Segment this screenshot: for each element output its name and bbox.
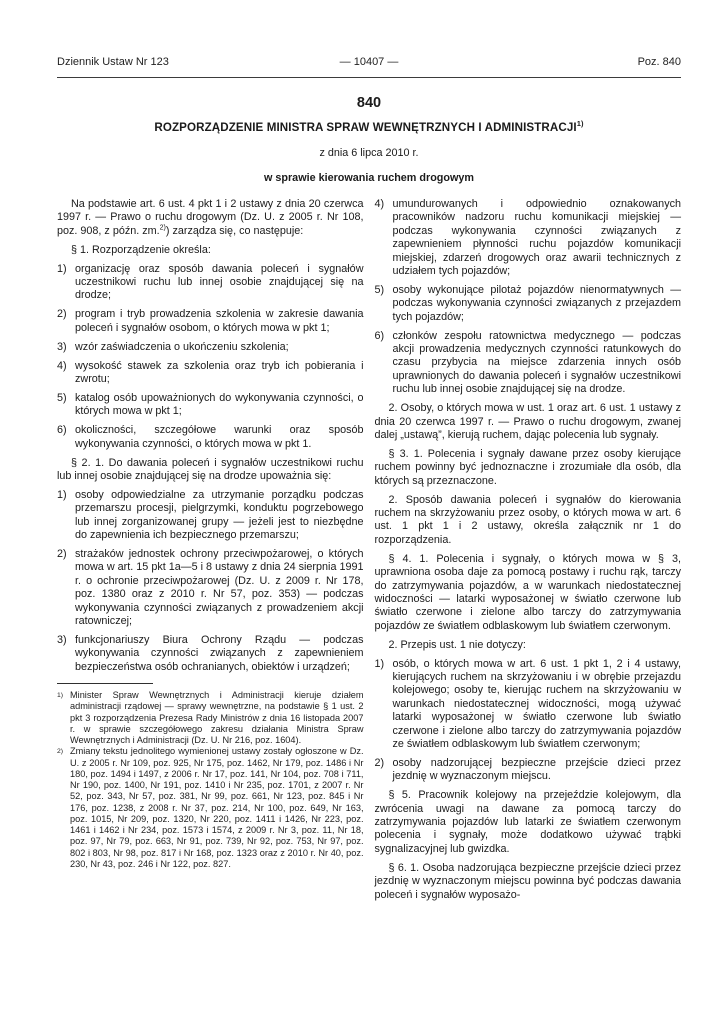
paragraph: 2. Przepis ust. 1 nie dotyczy: xyxy=(375,639,682,652)
act-title-text: ROZPORZĄDZENIE MINISTRA SPRAW WEWNĘTRZNY… xyxy=(154,121,576,134)
paragraph: 2. Osoby, o których mowa w ust. 1 oraz a… xyxy=(375,402,682,442)
paragraph: § 5. Pracownik kolejowy na przejeździe k… xyxy=(375,789,682,856)
act-number: 840 xyxy=(57,95,681,111)
list-item-text: wzór zaświadczenia o ukończeniu szkoleni… xyxy=(75,341,289,353)
footnote-list: 1)Minister Spraw Wewnętrznych i Administ… xyxy=(57,690,364,870)
list-item-text: osoby odpowiedzialne za utrzymanie porzą… xyxy=(75,489,364,541)
journal-number: Dziennik Ustaw Nr 123 xyxy=(57,56,340,68)
paragraph: § 4. 1. Polecenia i sygnały, o których m… xyxy=(375,553,682,633)
act-title: ROZPORZĄDZENIE MINISTRA SPRAW WEWNĘTRZNY… xyxy=(57,121,681,134)
list-item-text: strażaków jednostek ochrony przeciwpożar… xyxy=(75,548,364,627)
list-item-number: 2) xyxy=(57,308,67,321)
list-item-number: 6) xyxy=(57,424,67,437)
column-right-text: 4)umundurowanych i odpowiednio oznakowan… xyxy=(375,198,682,902)
page-header: Dziennik Ustaw Nr 123 — 10407 — Poz. 840 xyxy=(57,56,681,68)
list-item-number: 4) xyxy=(57,360,67,373)
list-item-number: 4) xyxy=(375,198,385,211)
list-item: 3)funkcjonariuszy Biura Ochrony Rządu — … xyxy=(57,634,364,674)
list-item-text: osoby wykonujące pilotaż pojazdów nienor… xyxy=(393,284,682,323)
list-item-number: 3) xyxy=(57,634,67,647)
column-left-text: Na podstawie art. 6 ust. 4 pkt 1 i 2 ust… xyxy=(57,198,364,674)
list-item: 6)członków zespołu ratownictwa medyczneg… xyxy=(375,330,682,397)
paragraph: Na podstawie art. 6 ust. 4 pkt 1 i 2 ust… xyxy=(57,198,364,238)
list-item: 1)osób, o których mowa w art. 6 ust. 1 p… xyxy=(375,658,682,752)
list-item-text: umundurowanych i odpowiednio oznakowanyc… xyxy=(393,198,682,277)
footnote-ref: 2) xyxy=(160,224,166,231)
paragraph: 2. Sposób dawania poleceń i sygnałów do … xyxy=(375,494,682,548)
footnote-text: Minister Spraw Wewnętrznych i Administra… xyxy=(70,690,364,745)
act-title-footnote-ref: 1) xyxy=(577,119,584,128)
page-number: — 10407 — xyxy=(340,56,399,68)
list-item-number: 2) xyxy=(375,757,385,770)
act-subject: w sprawie kierowania ruchem drogowym xyxy=(57,172,681,184)
list-item: 2)program i tryb prowadzenia szkolenia w… xyxy=(57,308,364,335)
list-item-number: 2) xyxy=(57,548,67,561)
footnote-text: Zmiany tekstu jednolitego wymienionej us… xyxy=(70,746,364,869)
column-left: Na podstawie art. 6 ust. 4 pkt 1 i 2 ust… xyxy=(57,198,364,902)
list-item-text: katalog osób upoważnionych do wykonywani… xyxy=(75,392,364,417)
paragraph: § 1. Rozporządzenie określa: xyxy=(57,244,364,257)
document-page: Dziennik Ustaw Nr 123 — 10407 — Poz. 840… xyxy=(0,0,725,1024)
list-item: 1)organizację oraz sposób dawania polece… xyxy=(57,263,364,303)
list-item-number: 1) xyxy=(57,489,67,502)
footnotes-section: 1)Minister Spraw Wewnętrznych i Administ… xyxy=(57,683,364,870)
act-heading: 840 ROZPORZĄDZENIE MINISTRA SPRAW WEWNĘT… xyxy=(57,95,681,184)
act-date: z dnia 6 lipca 2010 r. xyxy=(57,147,681,159)
list-item-number: 5) xyxy=(57,392,67,405)
list-item-text: organizację oraz sposób dawania poleceń … xyxy=(75,263,364,302)
list-item-number: 1) xyxy=(375,658,385,671)
list-item-number: 1) xyxy=(57,263,67,276)
list-item-text: okoliczności, szczegółowe warunki oraz s… xyxy=(75,424,364,449)
list-item: 3)wzór zaświadczenia o ukończeniu szkole… xyxy=(57,341,364,354)
paragraph: § 6. 1. Osoba nadzorująca bezpieczne prz… xyxy=(375,862,682,902)
list-item-text: funkcjonariuszy Biura Ochrony Rządu — po… xyxy=(75,634,364,673)
list-item-number: 3) xyxy=(57,341,67,354)
list-item: 4)umundurowanych i odpowiednio oznakowan… xyxy=(375,198,682,278)
two-column-body: Na podstawie art. 6 ust. 4 pkt 1 i 2 ust… xyxy=(57,198,681,902)
list-item-text: członków zespołu ratownictwa medycznego … xyxy=(393,330,682,396)
footnote: 1)Minister Spraw Wewnętrznych i Administ… xyxy=(57,690,364,746)
paragraph: § 2. 1. Do dawania poleceń i sygnałów uc… xyxy=(57,457,364,484)
list-item-text: wysokość stawek za szkolenia oraz tryb i… xyxy=(75,360,364,385)
position-number: Poz. 840 xyxy=(398,56,681,68)
list-item-text: osób, o których mowa w art. 6 ust. 1 pkt… xyxy=(393,658,682,750)
list-item: 1)osoby odpowiedzialne za utrzymanie por… xyxy=(57,489,364,543)
footnote-separator xyxy=(57,683,153,684)
footnote-ref: 1) xyxy=(57,690,63,701)
list-item: 6)okoliczności, szczegółowe warunki oraz… xyxy=(57,424,364,451)
header-rule xyxy=(57,77,681,78)
paragraph: § 3. 1. Polecenia i sygnały dawane przez… xyxy=(375,448,682,488)
list-item-number: 5) xyxy=(375,284,385,297)
list-item-number: 6) xyxy=(375,330,385,343)
list-item: 2)strażaków jednostek ochrony przeciwpoż… xyxy=(57,548,364,628)
footnote: 2)Zmiany tekstu jednolitego wymienionej … xyxy=(57,746,364,870)
list-item: 5)osoby wykonujące pilotaż pojazdów nien… xyxy=(375,284,682,324)
list-item: 2)osoby nadzorującej bezpieczne przejści… xyxy=(375,757,682,784)
list-item-text: program i tryb prowadzenia szkolenia w z… xyxy=(75,308,364,333)
list-item: 5)katalog osób upoważnionych do wykonywa… xyxy=(57,392,364,419)
column-right: 4)umundurowanych i odpowiednio oznakowan… xyxy=(375,198,682,902)
list-item: 4)wysokość stawek za szkolenia oraz tryb… xyxy=(57,360,364,387)
list-item-text: osoby nadzorującej bezpieczne przejście … xyxy=(393,757,682,782)
footnote-ref: 2) xyxy=(57,746,63,757)
